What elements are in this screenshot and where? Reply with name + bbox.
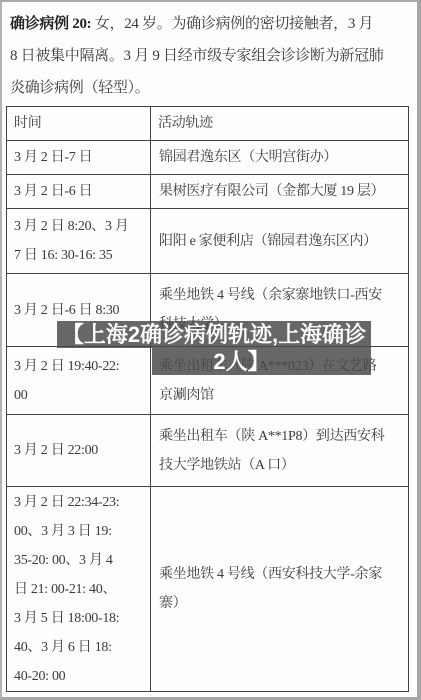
case-intro-label: 确诊病例 20: — [10, 16, 91, 32]
activity-cell: 锦园君逸东区（大明宫街办） — [151, 141, 409, 175]
time-cell: 3 月 2 日 22:00 — [7, 415, 151, 487]
trajectory-table-body: 3 月 2 日-7 日锦园君逸东区（大明宫街办）3 月 2 日-6 日果树医疗有… — [7, 141, 409, 692]
table-row: 3 月 2 日-6 日果树医疗有限公司（金都大厦 19 层） — [7, 175, 409, 209]
table-row: 3 月 2 日 19:40-22: 00乘坐出租车（陕 A***023）在文艺路… — [7, 347, 409, 415]
table-header-row: 时间 活动轨迹 — [7, 107, 409, 141]
time-cell: 3 月 2 日-7 日 — [7, 141, 151, 175]
time-cell: 3 月 2 日-6 日 8:30 — [7, 274, 151, 347]
document-page: 确诊病例 20: 女，24 岁。为确诊病例的密切接触者，3 月 8 日被集中隔离… — [0, 0, 421, 700]
activity-cell: 果树医疗有限公司（金都大厦 19 层） — [151, 175, 409, 209]
activity-cell: 乘坐出租车（陕 A***023）在文艺路 京涮肉馆 — [151, 347, 409, 415]
header-cell-time: 时间 — [7, 107, 151, 141]
case-intro-paragraph: 确诊病例 20: 女，24 岁。为确诊病例的密切接触者，3 月 8 日被集中隔离… — [2, 2, 417, 106]
table-row: 3 月 2 日-7 日锦园君逸东区（大明宫街办） — [7, 141, 409, 175]
activity-cell: 乘坐出租车（陕 A**1P8）到达西安科 技大学地铁站（A 口） — [151, 415, 409, 487]
table-row: 3 月 2 日 8:20、3 月 7 日 16: 30-16: 35阳阳 e 家… — [7, 209, 409, 274]
time-cell: 3 月 2 日 8:20、3 月 7 日 16: 30-16: 35 — [7, 209, 151, 274]
time-cell: 3 月 2 日 19:40-22: 00 — [7, 347, 151, 415]
activity-cell: 乘坐地铁 4 号线（西安科技大学-余家 寨） — [151, 487, 409, 692]
table-row: 3 月 2 日 22:00乘坐出租车（陕 A**1P8）到达西安科 技大学地铁站… — [7, 415, 409, 487]
time-cell: 3 月 2 日-6 日 — [7, 175, 151, 209]
header-cell-activity: 活动轨迹 — [151, 107, 409, 141]
activity-cell: 阳阳 e 家便利店（锦园君逸东区内） — [151, 209, 409, 274]
time-cell: 3 月 2 日 22:34-23: 00、3 月 3 日 19: 35-20: … — [7, 487, 151, 692]
table-row: 3 月 2 日 22:34-23: 00、3 月 3 日 19: 35-20: … — [7, 487, 409, 692]
trajectory-table: 时间 活动轨迹 3 月 2 日-7 日锦园君逸东区（大明宫街办）3 月 2 日-… — [6, 106, 409, 692]
table-row: 3 月 2 日-6 日 8:30乘坐地铁 4 号线（余家寨地铁口-西安 科技大学… — [7, 274, 409, 347]
activity-cell: 乘坐地铁 4 号线（余家寨地铁口-西安 科技大学） — [151, 274, 409, 347]
